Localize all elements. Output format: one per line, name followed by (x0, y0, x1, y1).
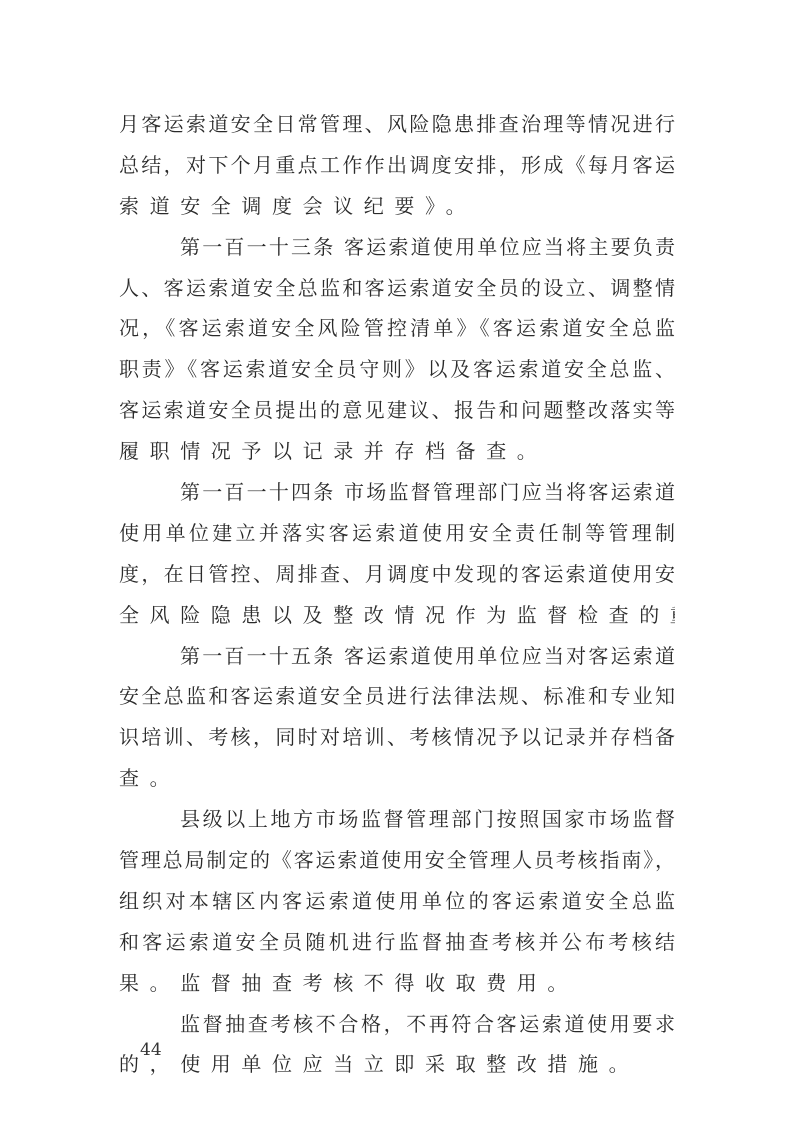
paragraph-county-level: 县级以上地方市场监督管理部门按照国家市场监督 管理总局制定的《客运索道使用安全管… (119, 799, 675, 1003)
text-line: 和客运索道安全员随机进行监督抽查考核并公布考核结 (119, 922, 675, 963)
text-line: 职责》《客运索道安全员守则》以及客运索道安全总监、 (119, 349, 675, 390)
text-line: 索道安全调度会议纪要》。 (119, 186, 675, 227)
text-line: 使用单位建立并落实客运索道使用安全责任制等管理制 (119, 513, 675, 554)
article-heading-line: 第一百一十五条 客运索道使用单位应当对客运索道 (119, 636, 675, 677)
text-line: 人、客运索道安全总监和客运索道安全员的设立、调整情 (119, 268, 675, 309)
article-heading-line: 第一百一十三条 客运索道使用单位应当将主要负责 (119, 227, 675, 268)
paragraph-continued: 月客运索道安全日常管理、风险隐患排查治理等情况进行 总结，对下个月重点工作作出调… (119, 104, 675, 227)
text-line: 安全总监和客运索道安全员进行法律法规、标准和专业知 (119, 676, 675, 717)
article-115: 第一百一十五条 客运索道使用单位应当对客运索道 安全总监和客运索道安全员进行法律… (119, 636, 675, 800)
text-line: 识培训、考核，同时对培训、考核情况予以记录并存档备 (119, 717, 675, 758)
article-113: 第一百一十三条 客运索道使用单位应当将主要负责 人、客运索道安全总监和客运索道安… (119, 227, 675, 472)
text-line: 组织对本辖区内客运索道使用单位的客运索道安全总监 (119, 881, 675, 922)
page-number: 44 (140, 1040, 162, 1060)
text-line: 监督抽查考核不合格，不再符合客运索道使用要求 (119, 1004, 675, 1045)
text-line: 月客运索道安全日常管理、风险隐患排查治理等情况进行 (119, 104, 675, 145)
text-line: 的，使用单位应当立即采取整改措施。 (119, 1044, 675, 1085)
text-line: 查。 (119, 758, 675, 799)
text-line: 履职情况予以记录并存档备查。 (119, 431, 675, 472)
article-heading-line: 第一百一十四条 市场监督管理部门应当将客运索道 (119, 472, 675, 513)
text-line: 度，在日管控、周排查、月调度中发现的客运索道使用安 (119, 554, 675, 595)
document-page: 月客运索道安全日常管理、风险隐患排查治理等情况进行 总结，对下个月重点工作作出调… (0, 0, 793, 1122)
article-114: 第一百一十四条 市场监督管理部门应当将客运索道 使用单位建立并落实客运索道使用安… (119, 472, 675, 636)
text-line: 总结，对下个月重点工作作出调度安排，形成《每月客运 (119, 145, 675, 186)
text-line: 况，《客运索道安全风险管控清单》《客运索道安全总监 (119, 308, 675, 349)
body-text: 月客运索道安全日常管理、风险隐患排查治理等情况进行 总结，对下个月重点工作作出调… (119, 104, 675, 1085)
text-line: 全风险隐患以及整改情况作为监督检查的重要内容。 (119, 595, 675, 636)
paragraph-noncompliance: 监督抽查考核不合格，不再符合客运索道使用要求 的，使用单位应当立即采取整改措施。 (119, 1004, 675, 1086)
text-line: 县级以上地方市场监督管理部门按照国家市场监督 (119, 799, 675, 840)
text-line: 果。监督抽查考核不得收取费用。 (119, 963, 675, 1004)
text-line: 客运索道安全员提出的意见建议、报告和问题整改落实等 (119, 390, 675, 431)
text-line: 管理总局制定的《客运索道使用安全管理人员考核指南》， (119, 840, 675, 881)
